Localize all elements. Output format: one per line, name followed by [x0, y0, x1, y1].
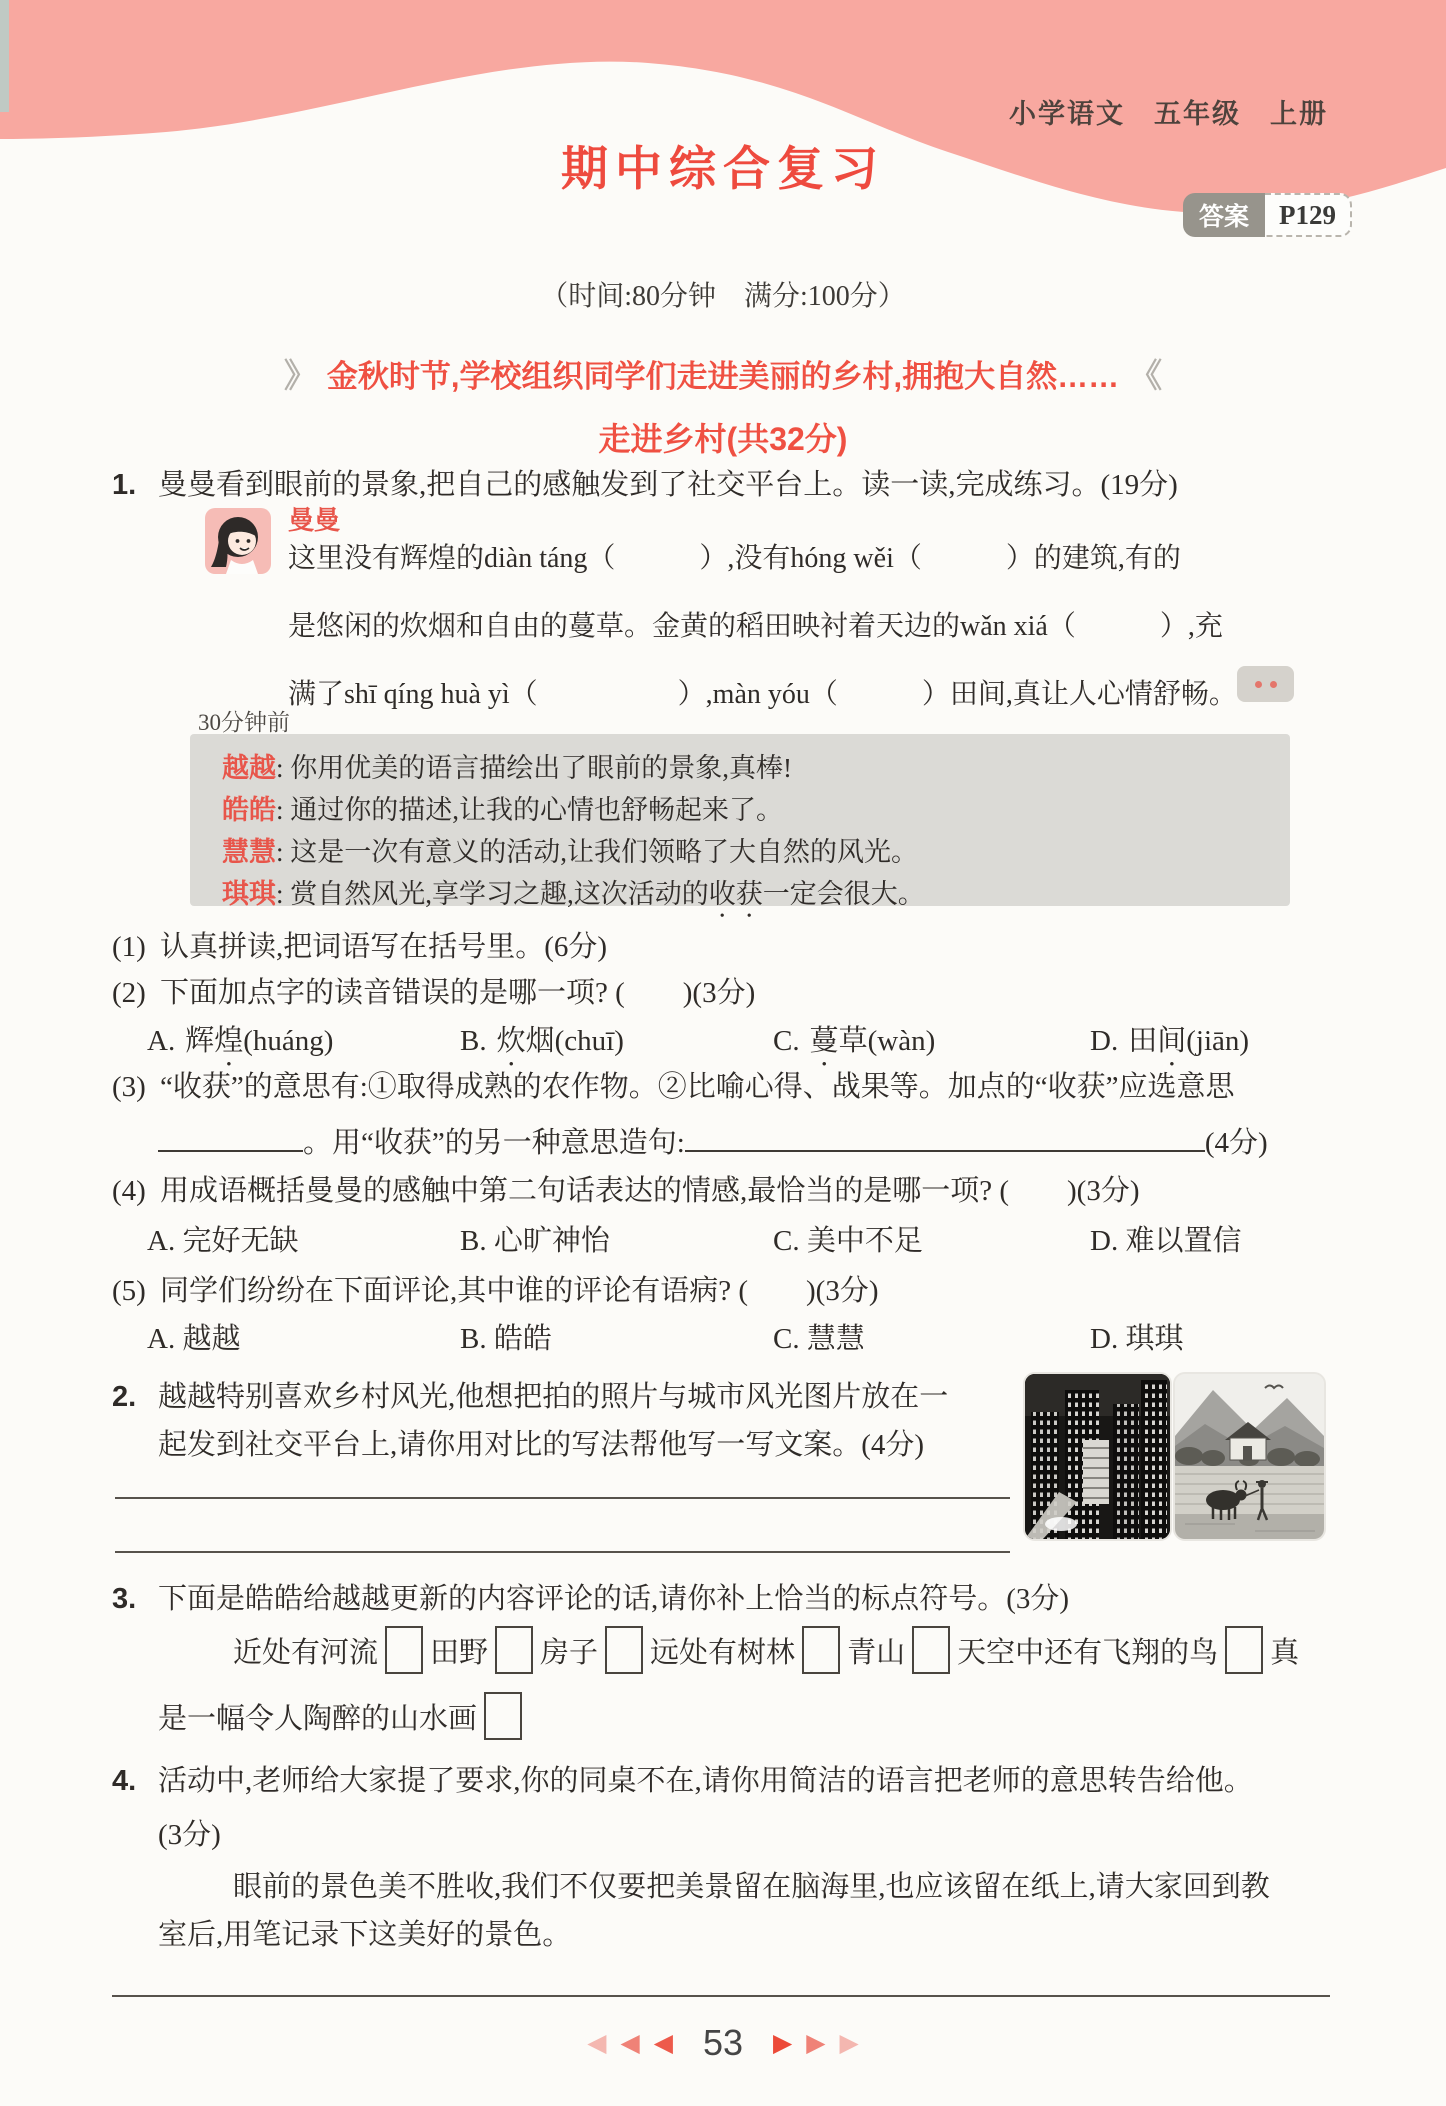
theme-banner-text: 金秋时节,学校组织同学们走进美丽的乡村,拥抱大自然……: [327, 359, 1119, 394]
comment-row: 琪琪: 赏自然风光,享学习之趣,这次活动的收获一定会很大。: [222, 872, 925, 924]
question-3: 3.下面是皓皓给越越更新的内容评论的话,请你补上恰当的标点符号。(3分): [112, 1576, 1069, 1617]
punctuation-box[interactable]: [495, 1626, 533, 1674]
question-3-sentence-line1: 近处有河流田野房子远处有树林青山天空中还有飞翔的鸟真: [233, 1626, 1299, 1674]
question-1-3-answer-line: 。用“收获”的另一种意思造句:(4分): [158, 1116, 1268, 1161]
rural-landscape-photo: [1173, 1372, 1326, 1541]
question-1-1: (1)认真拼读,把词语写在括号里。(6分): [112, 924, 607, 965]
page-edge-strip: [0, 0, 9, 112]
question-4-number: 4.: [112, 1765, 158, 1798]
theme-banner: 》 金秋时节,学校组织同学们走进美丽的乡村,拥抱大自然…… 《: [0, 350, 1446, 397]
next-page-icon[interactable]: ▶: [773, 2031, 792, 2056]
page-footer: ◀ ◀ ◀ 53 ▶ ▶ ▶: [0, 2022, 1446, 2064]
punctuation-box[interactable]: [802, 1626, 840, 1674]
punctuation-box[interactable]: [1225, 1626, 1263, 1674]
commenter-name: 琪琪: [222, 879, 276, 909]
question-2: 2.越越特别喜欢乡村风光,他想把拍的照片与城市风光图片放在一: [112, 1374, 948, 1415]
section-title: 走进乡村(共32分): [0, 414, 1446, 460]
option-c: C. 美中不足: [773, 1218, 923, 1259]
question-4: 4.活动中,老师给大家提了要求,你的同桌不在,请你用简洁的语言把老师的意思转告给…: [112, 1758, 1253, 1799]
punctuation-box[interactable]: [385, 1626, 423, 1674]
commenter-name: 皓皓: [222, 795, 276, 825]
option-d: D. 琪琪: [1090, 1316, 1183, 1357]
dot-icon: [1255, 681, 1262, 688]
comment-text: : 赏自然风光,享学习之趣,这次活动的: [276, 879, 709, 909]
question-1-prompt: 曼曼看到眼前的景象,把自己的感触发到了社交平台上。读一读,完成练习。(19分): [158, 469, 1178, 501]
option-c: C. 慧慧: [773, 1316, 865, 1357]
question-1-5: (5)同学们纷纷在下面评论,其中谁的评论有语病? ( )(3分): [112, 1268, 879, 1309]
comment-text: : 你用优美的语言描绘出了眼前的景象,真棒!: [276, 753, 792, 783]
comments-panel: 越越: 你用优美的语言描绘出了眼前的景象,真棒! 皓皓: 通过你的描述,让我的心…: [190, 734, 1290, 906]
commenter-name: 越越: [222, 753, 276, 783]
question-2-text-line1: 越越特别喜欢乡村风光,他想把拍的照片与城市风光图片放在一: [158, 1381, 948, 1413]
teacher-quote-line2: 室后,用笔记录下这美好的景色。: [158, 1912, 571, 1953]
question-1: 1.曼曼看到眼前的景象,把自己的感触发到了社交平台上。读一读,完成练习。(19分…: [112, 462, 1178, 503]
next-page-icon[interactable]: ▶: [806, 2031, 825, 2056]
question-4-text: 活动中,老师给大家提了要求,你的同桌不在,请你用简洁的语言把老师的意思转告给他。: [158, 1765, 1253, 1797]
punctuation-box[interactable]: [912, 1626, 950, 1674]
dot-icon: [1270, 681, 1277, 688]
prev-page-icon[interactable]: ◀: [587, 2031, 606, 2056]
post-text-line: 满了shī qíng huà yì（ ）,màn yóu（ ）田间,真让人心情舒…: [288, 672, 1338, 712]
question-1-3: (3)“收获”的意思有:①取得成熟的农作物。②比喻心得、战果等。加点的“收获”应…: [112, 1064, 1235, 1105]
avatar: [205, 508, 271, 579]
book-label: 小学语文 五年级 上册: [1009, 92, 1328, 131]
question-3-number: 3.: [112, 1583, 158, 1616]
question-3-sentence-line2: 是一幅令人陶醉的山水画: [158, 1692, 529, 1740]
post-text-line: 这里没有辉煌的diàn táng（ ）,没有hóng wěi（ ）的建筑,有的: [288, 536, 1338, 576]
question-4-score: (3分): [158, 1812, 221, 1853]
option-b: B. 皓皓: [460, 1316, 552, 1357]
post-timestamp: 30分钟前: [198, 704, 290, 737]
footer-divider: [112, 1995, 1330, 1997]
teacher-quote-line1: 眼前的景色美不胜收,我们不仅要把美景留在脑海里,也应该留在纸上,请大家回到教: [233, 1864, 1270, 1905]
post-text-line: 是悠闲的炊烟和自由的蔓草。金黄的稻田映衬着天边的wǎn xiá（ ）,充: [288, 604, 1338, 644]
question-1-number: 1.: [112, 469, 158, 502]
punctuation-box[interactable]: [484, 1692, 522, 1740]
post-author-name: 曼曼: [288, 500, 340, 537]
commenter-name: 慧慧: [222, 837, 276, 867]
question-1-2: (2)下面加点字的读音错误的是哪一项? ( )(3分): [112, 970, 755, 1011]
prev-page-icon[interactable]: ◀: [621, 2031, 640, 2056]
option-d: D. 难以置信: [1090, 1218, 1241, 1259]
next-page-icon[interactable]: ▶: [839, 2031, 858, 2056]
question-2-text-line2: 起发到社交平台上,请你用对比的写法帮他写一写文案。(4分): [158, 1422, 924, 1463]
answer-badge: 答案 P129: [1183, 193, 1352, 237]
comment-text: : 通过你的描述,让我的心情也舒畅起来了。: [276, 795, 783, 825]
answer-blank[interactable]: [685, 1116, 1205, 1152]
answer-badge-page: P129: [1265, 193, 1352, 237]
worksheet-page: 小学语文 五年级 上册 期中综合复习 答案 P129 （时间:80分钟 满分:1…: [0, 0, 1446, 2106]
punctuation-box[interactable]: [605, 1626, 643, 1674]
city-night-photo: [1023, 1372, 1172, 1541]
option-a: A. 越越: [147, 1316, 240, 1357]
page-title: 期中综合复习: [0, 132, 1446, 199]
option-a: A. 完好无缺: [147, 1218, 298, 1259]
exam-time-score-subtitle: （时间:80分钟 满分:100分）: [0, 274, 1446, 314]
more-options-button[interactable]: [1237, 666, 1294, 702]
option-b: B. 心旷神怡: [460, 1218, 610, 1259]
answer-blank[interactable]: [158, 1116, 303, 1152]
comment-text: : 这是一次有意义的活动,让我们领略了大自然的风光。: [276, 837, 918, 867]
question-3-prompt: 下面是皓皓给越越更新的内容评论的话,请你补上恰当的标点符号。(3分): [158, 1583, 1069, 1615]
chevron-left-icon: 《: [1129, 357, 1162, 394]
answer-line[interactable]: [115, 1497, 1010, 1499]
prev-page-icon[interactable]: ◀: [654, 2031, 673, 2056]
page-number: 53: [703, 2022, 743, 2064]
answer-badge-label: 答案: [1183, 193, 1265, 237]
chevron-right-icon: 》: [284, 357, 317, 394]
dotted-word: 收获: [709, 879, 763, 909]
question-1-4: (4)用成语概括曼曼的感触中第二句话表达的情感,最恰当的是哪一项? ( )(3分…: [112, 1168, 1140, 1209]
question-2-number: 2.: [112, 1381, 158, 1414]
answer-line[interactable]: [115, 1551, 1010, 1553]
